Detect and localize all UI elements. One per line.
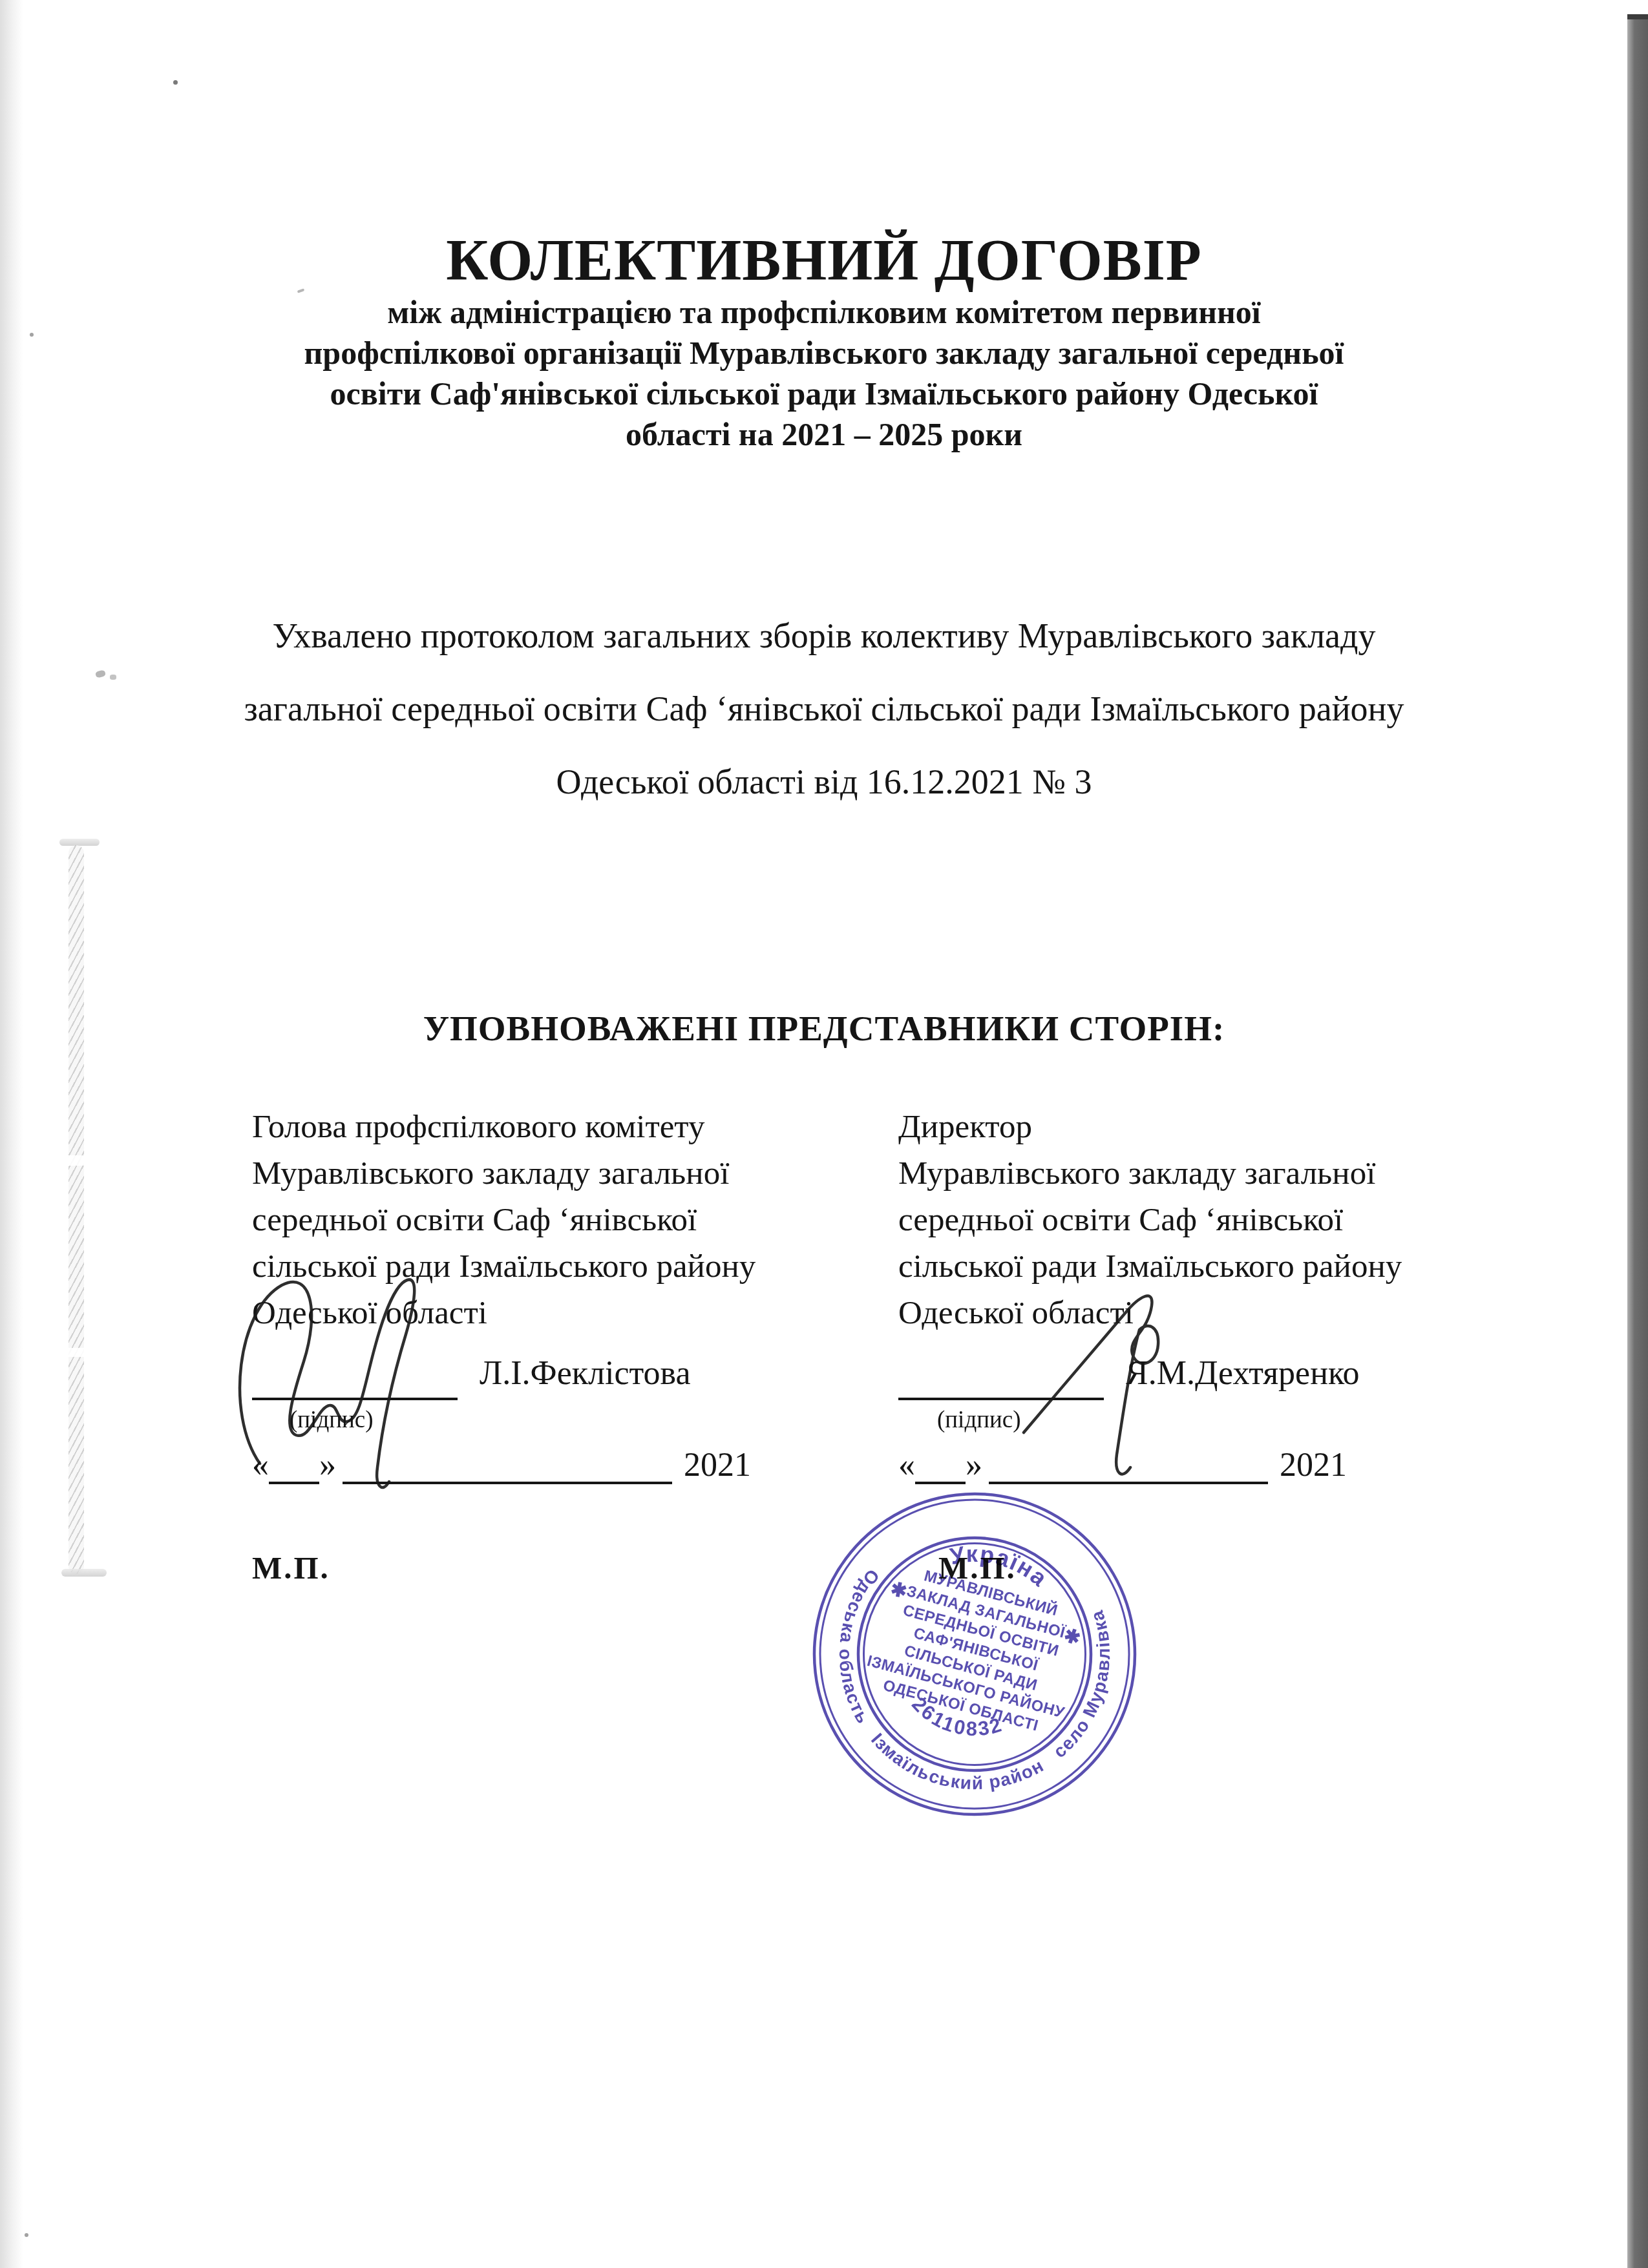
page-right-edge-cap	[1627, 14, 1648, 19]
scan-speck	[95, 670, 106, 678]
signature-caption-right: (підпис)	[937, 1406, 1021, 1434]
approval-line: загальної середньої освіти Саф ‘янівсько…	[145, 673, 1503, 746]
role-line: Директор	[898, 1104, 1545, 1150]
date-year: 2021	[1280, 1447, 1347, 1484]
page-title: КОЛЕКТИВНИЙ ДОГОВІР	[145, 227, 1503, 294]
scan-speck	[25, 2233, 28, 2237]
approval-line: Ухвалено протоколом загальних зборів кол…	[145, 600, 1503, 673]
role-line: середньої освіти Саф ‘янівської	[898, 1197, 1545, 1243]
subtitle-line: профспілкової організації Муравлівського…	[145, 333, 1503, 373]
scanned-document-page: { "document": { "title": "КОЛЕКТИВНИЙ ДО…	[0, 0, 1648, 2268]
binding-thread	[69, 845, 84, 1574]
date-quote-open: «	[898, 1447, 915, 1484]
date-day-blank	[915, 1447, 966, 1484]
page-right-edge	[1627, 14, 1648, 2268]
date-row-left: «»2021	[252, 1446, 751, 1484]
scan-speck	[173, 80, 178, 85]
subtitle-line: між адміністрацією та профспілковим комі…	[145, 292, 1503, 333]
date-month-blank	[989, 1447, 1268, 1484]
subtitle-line: області на 2021 – 2025 роки	[145, 414, 1503, 455]
seal-mark-left: М.П.	[252, 1549, 330, 1586]
date-year: 2021	[684, 1447, 751, 1484]
date-quote-open: «	[252, 1447, 269, 1484]
role-line: сільської ради Ізмаїльського району	[898, 1243, 1545, 1290]
date-quote-close: »	[319, 1447, 336, 1484]
date-row-right: «»2021	[898, 1446, 1347, 1484]
scan-speck	[30, 333, 34, 337]
role-line: Муравлівського закладу загальної	[898, 1150, 1545, 1197]
role-line: Муравлівського закладу загальної	[252, 1150, 898, 1197]
binding-thread-end-bottom	[61, 1569, 107, 1577]
binding-thread-gap	[66, 1155, 88, 1166]
binding-thread-end-top	[59, 839, 100, 846]
date-month-blank	[343, 1447, 672, 1484]
page-left-edge	[0, 0, 23, 2268]
approval-line: Одеської області від 16.12.2021 № 3	[145, 746, 1503, 819]
signature-caption-left: (підпис)	[290, 1406, 374, 1434]
role-line: Одеської області	[898, 1290, 1545, 1336]
representatives-heading: УПОВНОВАЖЕНІ ПРЕДСТАВНИКИ СТОРІН:	[145, 1008, 1503, 1049]
role-line: Голова профспілкового комітету	[252, 1104, 898, 1150]
approval-paragraph: Ухвалено протоколом загальних зборів кол…	[145, 600, 1503, 819]
subtitle-line: освіти Саф'янівської сільської ради Ізма…	[145, 373, 1503, 414]
date-day-blank	[269, 1447, 319, 1484]
date-quote-close: »	[966, 1447, 982, 1484]
signer-name-left: Л.І.Феклістова	[480, 1354, 690, 1392]
role-line: середньої освіти Саф ‘янівської	[252, 1197, 898, 1243]
scan-speck	[110, 675, 116, 680]
document-subtitle: між адміністрацією та профспілковим комі…	[145, 292, 1503, 455]
binding-thread-gap	[66, 1348, 88, 1357]
right-party-role: Директор Муравлівського закладу загально…	[898, 1104, 1545, 1336]
official-stamp: Одеська область Ізмаїльський район село …	[805, 1485, 1144, 1823]
signer-name-right: Я.М.Дехтяренко	[1126, 1354, 1360, 1392]
